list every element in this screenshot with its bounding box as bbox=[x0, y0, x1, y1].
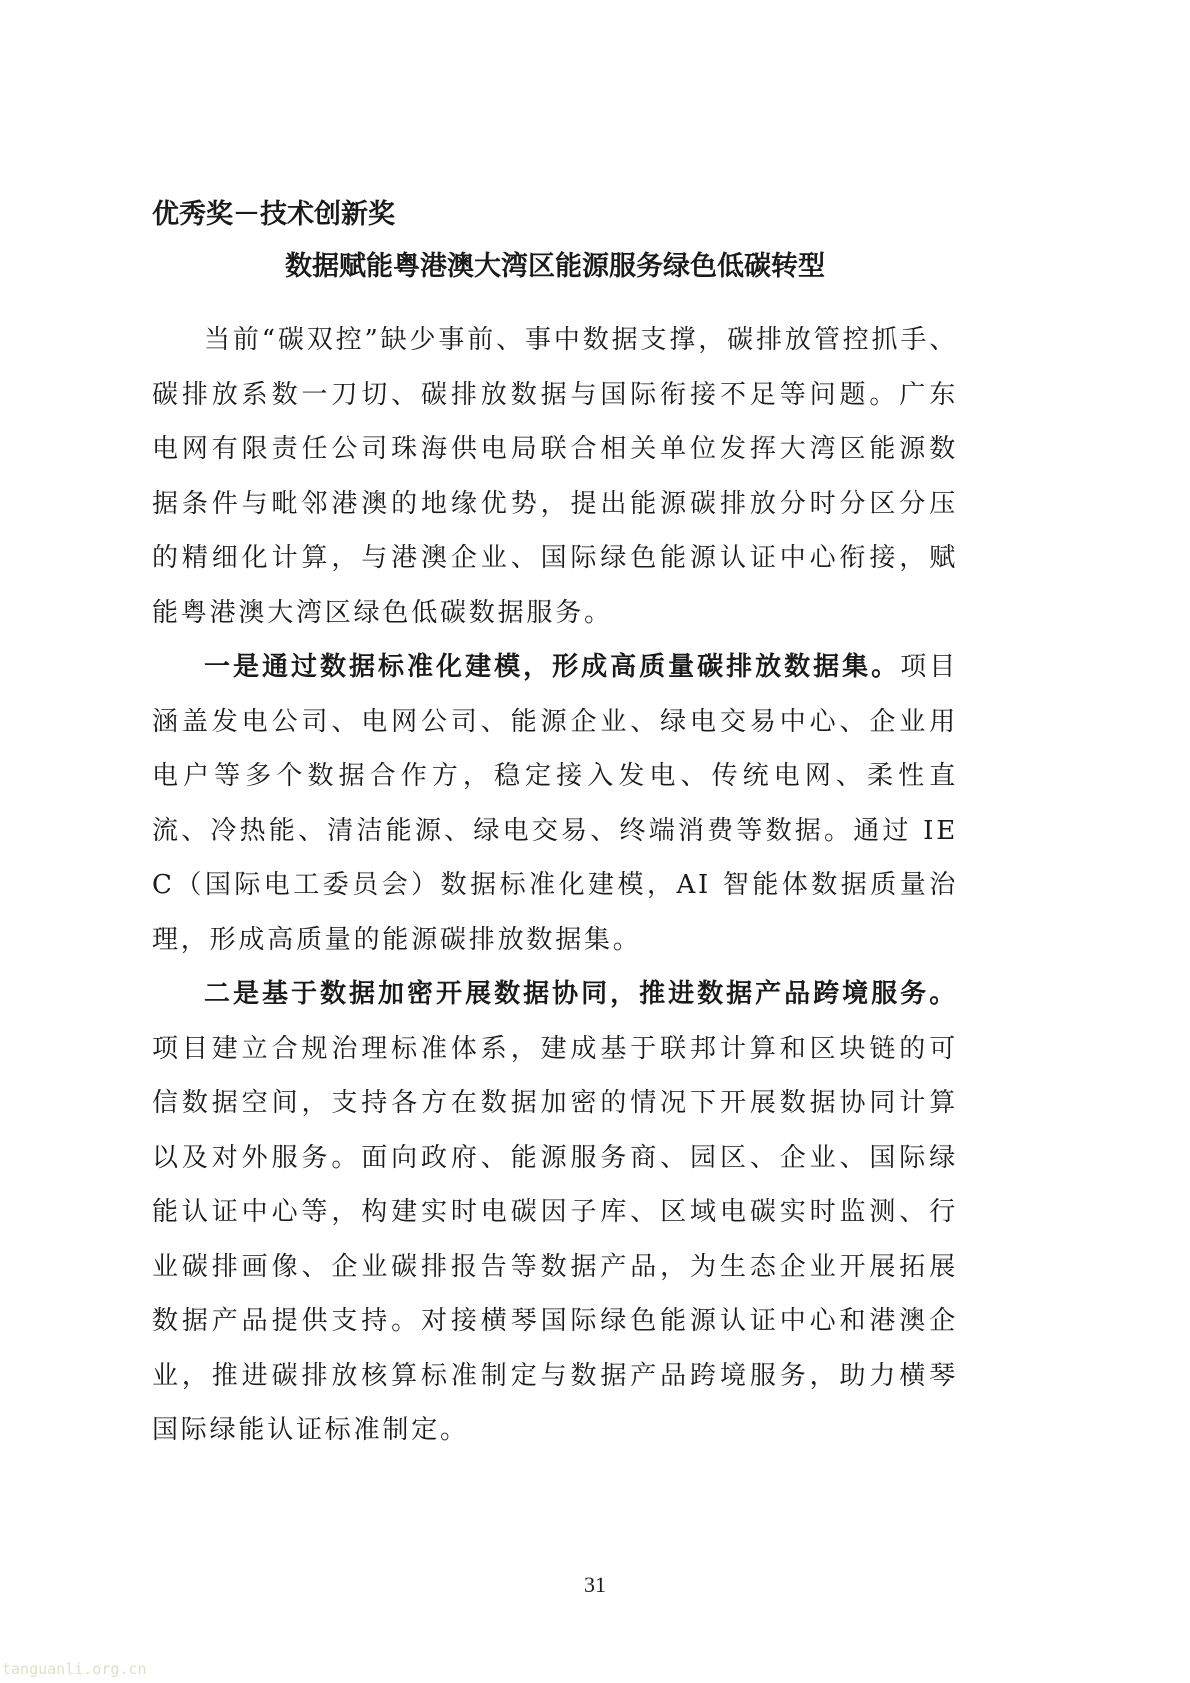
paragraph-lead: 一是通过数据标准化建模，形成高质量碳排放数据集。 bbox=[204, 652, 900, 682]
paragraph-lead: 二是基于数据加密开展数据协同，推进数据产品跨境服务。 bbox=[204, 979, 958, 1009]
paragraph-point-two: 二是基于数据加密开展数据协同，推进数据产品跨境服务。项目建立合规治理标准体系，建… bbox=[152, 967, 958, 1458]
paragraph-intro: 当前“碳双控”缺少事前、事中数据支撑，碳排放管控抓手、碳排放系数一刀切、碳排放数… bbox=[152, 313, 958, 640]
paragraph-point-one: 一是通过数据标准化建模，形成高质量碳排放数据集。项目涵盖发电公司、电网公司、能源… bbox=[152, 640, 958, 967]
watermark: tanguanli.org.cn bbox=[2, 1660, 147, 1678]
page-number: 31 bbox=[0, 1572, 1190, 1598]
paragraph-body: 项目建立合规治理标准体系，建成基于联邦计算和区块链的可信数据空间，支持各方在数据… bbox=[152, 1034, 958, 1446]
award-category-label: 优秀奖－技术创新奖 bbox=[152, 195, 958, 247]
paragraph-body: 当前“碳双控”缺少事前、事中数据支撑，碳排放管控抓手、碳排放系数一刀切、碳排放数… bbox=[152, 325, 958, 628]
document-page: 优秀奖－技术创新奖 数据赋能粤港澳大湾区能源服务绿色低碳转型 当前“碳双控”缺少… bbox=[152, 195, 958, 1458]
document-title: 数据赋能粤港澳大湾区能源服务绿色低碳转型 bbox=[152, 247, 958, 313]
paragraph-body: 项目涵盖发电公司、电网公司、能源企业、绿电交易中心、企业用电户等多个数据合作方，… bbox=[152, 652, 958, 955]
